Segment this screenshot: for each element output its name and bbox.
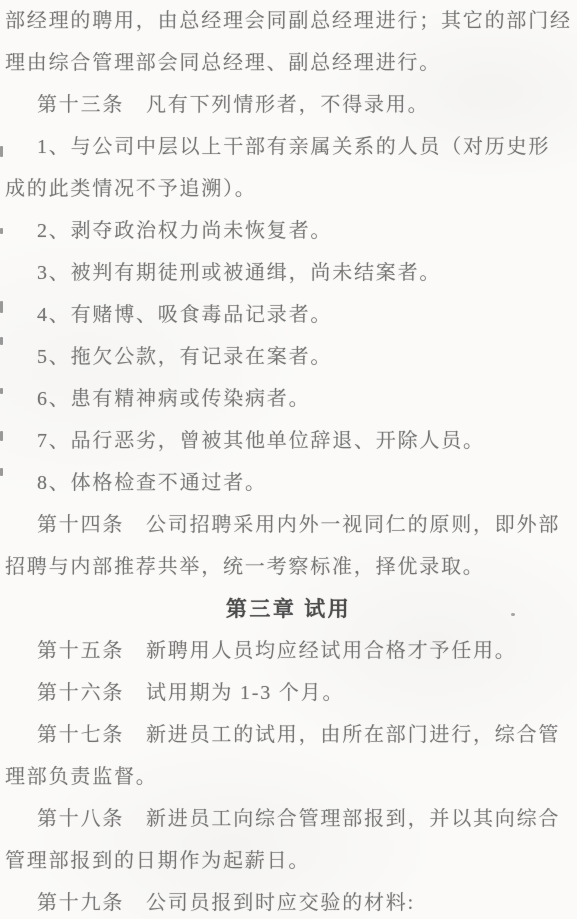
scan-artifact xyxy=(511,613,515,616)
text-line: 理部负责监督。 xyxy=(5,756,572,798)
scan-artifact xyxy=(0,228,3,234)
list-item-line: 2、剥夺政治权力尚未恢复者。 xyxy=(5,210,572,252)
list-item-line: 5、拖欠公款，有记录在案者。 xyxy=(5,336,572,378)
clause-line: 第十六条 试用期为 1-3 个月。 xyxy=(5,672,572,714)
document-page: 部经理的聘用，由总经理会同副总经理进行；其它的部门经 理由综合管理部会同总经理、… xyxy=(0,0,577,919)
document-text-block: 部经理的聘用，由总经理会同副总经理进行；其它的部门经 理由综合管理部会同总经理、… xyxy=(0,0,577,919)
text-line: 管理部报到的日期作为起薪日。 xyxy=(5,840,572,882)
list-item-line: 6、患有精神病或传染病者。 xyxy=(5,378,572,420)
text-line: 部经理的聘用，由总经理会同副总经理进行；其它的部门经 xyxy=(5,0,572,42)
clause-line: 第十七条 新进员工的试用，由所在部门进行，综合管 xyxy=(5,714,572,756)
clause-line: 第十九条 公司员报到时应交验的材料: xyxy=(5,882,572,919)
list-item-line: 1、与公司中层以上干部有亲属关系的人员（对历史形 xyxy=(5,126,572,168)
scan-artifact xyxy=(0,301,3,313)
clause-line: 第十四条 公司招聘采用内外一视同仁的原则，即外部 xyxy=(5,504,572,546)
scan-artifact xyxy=(0,337,3,345)
scan-artifact xyxy=(0,388,3,394)
clause-line: 第十八条 新进员工向综合管理部报到，并以其向综合 xyxy=(5,798,572,840)
scan-artifact xyxy=(0,146,3,157)
list-item-line: 3、被判有期徒刑或被通缉，尚未结案者。 xyxy=(5,252,572,294)
chapter-heading: 第三章 试用 xyxy=(5,588,572,630)
list-item-line: 7、品行恶劣，曾被其他单位辞退、开除人员。 xyxy=(5,420,572,462)
text-line: 招聘与内部推荐共举，统一考察标准，择优录取。 xyxy=(5,546,572,588)
clause-line: 第十三条 凡有下列情形者，不得录用。 xyxy=(5,84,572,126)
text-line: 成的此类情况不予追溯）。 xyxy=(5,168,572,210)
list-item-line: 4、有赌博、吸食毒品记录者。 xyxy=(5,294,572,336)
list-item-line: 8、体格检查不通过者。 xyxy=(5,462,572,504)
text-line: 理由综合管理部会同总经理、副总经理进行。 xyxy=(5,42,572,84)
clause-line: 第十五条 新聘用人员均应经试用合格才予任用。 xyxy=(5,630,572,672)
scan-artifact xyxy=(0,468,3,476)
scan-artifact xyxy=(0,431,3,441)
